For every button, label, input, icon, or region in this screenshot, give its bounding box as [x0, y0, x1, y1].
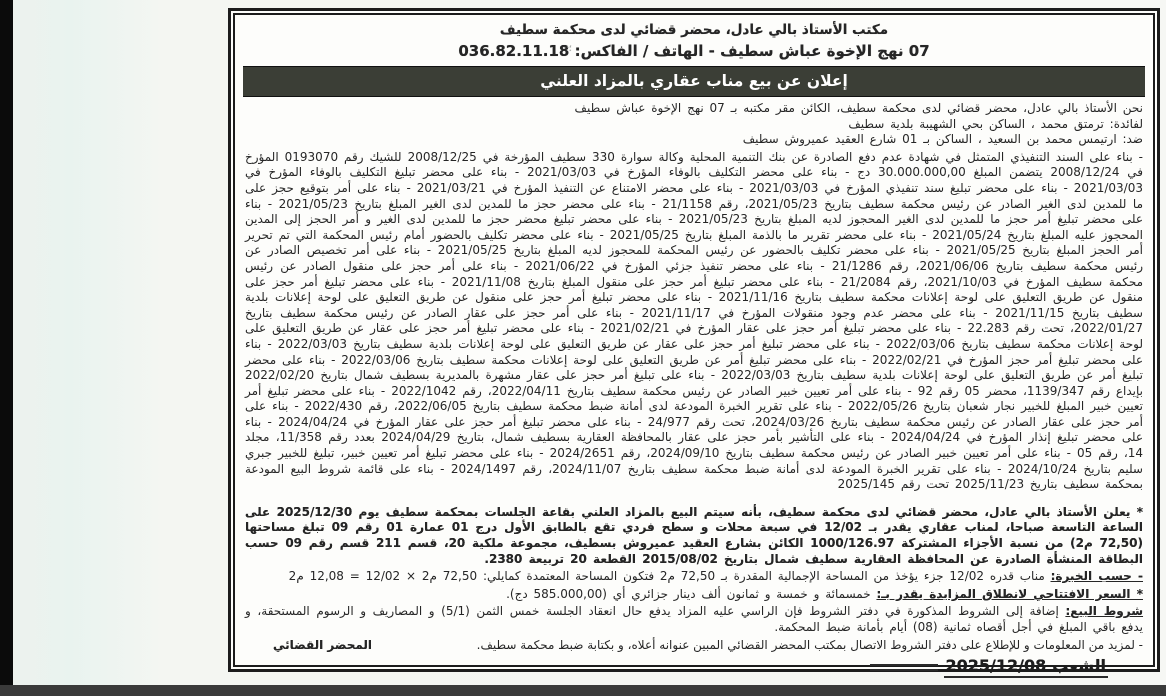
sale-conditions-paragraph: شروط البيع: إضافة إلى الشروط المذكورة في… — [245, 604, 1143, 635]
expertise-label: - حسب الخبرة: — [1051, 569, 1143, 583]
office-address-line: 07 نهج الإخوة عباش سطيف - الهاتف / الفاك… — [243, 42, 1145, 60]
footer-rule-lines — [870, 664, 938, 671]
scan-edge-strip-left — [0, 0, 13, 686]
document-inner-border: مكتب الأستاذ بالي عادل، محضر قضائي لدى م… — [233, 13, 1155, 667]
final-info-row: - لمزيد من المعلومات و للإطلاع على دفتر … — [245, 638, 1143, 654]
officer-intro-line: نحن الأستاذ بالي عادل، محضر قضائي لدى مح… — [245, 101, 1143, 117]
opening-price-label: * السعر الافتتاحي لانطلاق المزايدة يقدر … — [876, 587, 1143, 601]
office-header-line: مكتب الأستاذ بالي عادل، محضر قضائي لدى م… — [243, 22, 1145, 38]
address-phone-text: 07 نهج الإخوة عباش سطيف - الهاتف / الفاك… — [458, 42, 929, 60]
announcement-title-band: إعلان عن بيع مناب عقاري بالمزاد العلني — [243, 66, 1145, 97]
publish-date: 2025/12/08 — [946, 656, 1047, 675]
newspaper-footer: الشعب 2025/12/08 — [870, 656, 1109, 678]
document-body: نحن الأستاذ بالي عادل، محضر قضائي لدى مح… — [243, 97, 1145, 653]
opening-price-text: خمسمائة و خمسة و ثمانون ألف دينار جزائري… — [506, 587, 876, 601]
newspaper-name-date: الشعب 2025/12/08 — [944, 656, 1109, 678]
procedural-history-paragraph: - بناء على السند التنفيذي المتمثل في شها… — [245, 150, 1143, 502]
newspaper-name: الشعب — [1052, 656, 1106, 675]
auction-announcement-paragraph: * يعلن الأستاذ بالي عادل، محضر قضائي لدى… — [245, 505, 1143, 567]
beneficiary-line: لفائدة: ترمتق محمد ، الساكن بحي الشهيبة … — [245, 117, 1143, 133]
scan-smudge-mark: ؛:· — [563, 44, 572, 54]
more-info-line: - لمزيد من المعلومات و للإطلاع على دفتر … — [477, 638, 1143, 654]
expertise-line: - حسب الخبرة: مناب قدره 12/02 جزء يؤخذ م… — [245, 569, 1143, 585]
scan-edge-strip-bottom — [0, 685, 1166, 696]
intro-block: نحن الأستاذ بالي عادل، محضر قضائي لدى مح… — [245, 101, 1143, 148]
expertise-text: مناب قدره 12/02 جزء يؤخذ من المساحة الإج… — [289, 569, 1051, 583]
document-frame: مكتب الأستاذ بالي عادل، محضر قضائي لدى م… — [228, 8, 1160, 672]
opening-price-line: * السعر الافتتاحي لانطلاق المزايدة يقدر … — [245, 587, 1143, 603]
sale-conditions-text: إضافة إلى الشروط المذكورة في دفتر الشروط… — [245, 604, 1143, 634]
debtor-line: ضد: ارتيمس محمد بن السعيد ، الساكن بـ 01… — [245, 132, 1143, 148]
scanned-newspaper-page: { "document": { "header": { "office_line… — [0, 0, 1166, 696]
bailiff-signature: المحضر القضائي — [245, 638, 372, 654]
sale-conditions-label: شروط البيع: — [1065, 604, 1143, 618]
